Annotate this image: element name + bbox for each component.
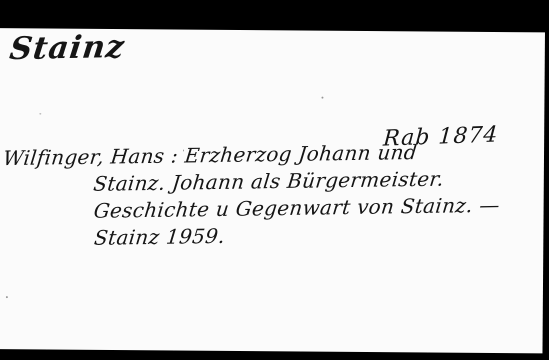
scan-speck <box>321 97 323 99</box>
scan-speck <box>39 113 41 114</box>
scan-background: { "scan": { "background_color": "#000000… <box>0 0 549 360</box>
card-body: Wilfinger, Hans : Erzherzog Johann und S… <box>3 137 530 253</box>
scan-speck <box>6 296 8 298</box>
body-line-imprint: Stainz 1959. <box>93 218 531 251</box>
card-heading-subject: Stainz <box>8 29 127 67</box>
scan-speck <box>183 150 184 152</box>
index-card: Stainz Rab 1874 Wilfinger, Hans : Erzher… <box>0 28 545 353</box>
